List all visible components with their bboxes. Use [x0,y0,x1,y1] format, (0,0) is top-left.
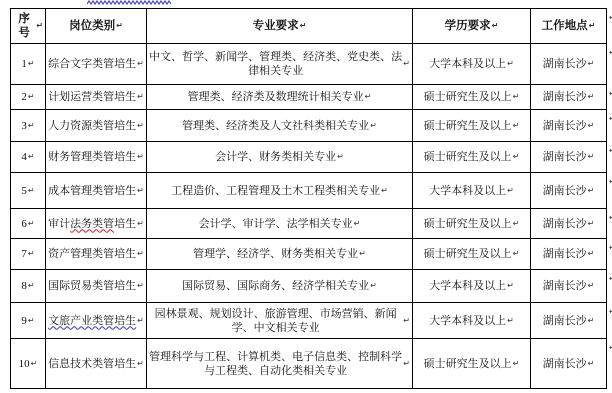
location-text: 湖南长沙 [543,247,587,261]
location-text: 湖南长沙 [543,150,587,164]
cell-location: 湖南长沙↵ [531,339,607,389]
no-text: 2 [21,90,27,104]
category-text: 成本管理类管培生 [48,184,136,198]
cell-major: 管理科学与工程、计算机类、电子信息类、控制科学与工程类、自动化类相关专业↵ [147,339,413,389]
cell-end-mark-icon: ↵ [507,281,514,291]
cell-end-mark-icon: ↵ [492,21,499,31]
cell-major: 管理类、经济类及人文社科类相关专业↵ [147,110,413,142]
row-end-mark-icon: ↵ [607,110,612,123]
category-segment: 培生 [114,218,136,230]
cell-category: 财务管理类管培生↵ [46,142,147,173]
major-text: 国际贸易、国际商务、经济学相关专业 [182,279,369,293]
cell-category: 资产管理类管培生↵ [46,239,147,270]
cell-end-mark-icon: ↵ [137,219,144,229]
category-text: 计划运营类管培生 [48,90,136,104]
cell-location: 湖南长沙↵ [531,239,607,270]
table-body: 1↵综合文字类管培生↵中文、哲学、新闻学、管理类、经济类、党史类、法律相关专业↵… [11,44,607,389]
cell-end-mark-icon: ↵ [31,359,38,369]
row-end-mark-icon: ↵ [607,173,612,186]
location-text: 湖南长沙 [543,314,587,328]
cell-end-mark-icon: ↵ [137,249,144,259]
cell-end-mark-icon: ↵ [507,59,514,69]
education-text: 大学本科及以上 [429,184,506,198]
cell-education: 硕士研究生及以上↵ [413,85,531,110]
header-cell-category: 岗位类别↵ [46,9,147,44]
wavy-underlined-text: 法务类管 [70,218,114,230]
major-text: 园林景观、规划设计、旅游管理、市场营销、新闻学、中文相关专业 [149,307,402,335]
category-text: 审计法务类管培生 [48,217,136,231]
cell-end-mark-icon: ↵ [137,152,144,162]
no-text: 6 [21,217,27,231]
cell-no: 8↵ [11,270,46,303]
cell-end-mark-icon: ↵ [28,186,35,196]
cell-end-mark-icon: ↵ [137,316,144,326]
cell-category: 人力资源类管培生↵ [46,110,147,142]
cell-end-mark-icon: ↵ [403,59,410,69]
row-end-mark-icon: ↵ [607,239,612,252]
no-text: 8 [21,279,27,293]
cell-end-mark-icon: ↵ [513,359,520,369]
category-text: 信息技术类管培生 [48,357,136,371]
category-segment: 国际贸易类管培生 [48,280,136,292]
cell-location: 湖南长沙↵ [531,173,607,209]
cell-end-mark-icon: ↵ [513,249,520,259]
cell-major: 管理学、经济学、财务类相关专业↵ [147,239,413,270]
cell-end-mark-icon: ↵ [137,359,144,369]
category-segment: 成本管理类管培生 [48,185,136,197]
cell-end-mark-icon: ↵ [588,219,595,229]
no-text: 9 [21,314,27,328]
major-text: 会计学、财务类相关专业 [215,150,336,164]
table-row: 5↵成本管理类管培生↵工程造价、工程管理及土木工程类相关专业↵大学本科及以上↵湖… [11,173,607,209]
cell-major: 园林景观、规划设计、旅游管理、市场营销、新闻学、中文相关专业↵ [147,303,413,339]
location-text: 湖南长沙 [543,57,587,71]
cell-end-mark-icon: ↵ [28,316,35,326]
header-label-category: 岗位类别 [69,19,115,33]
cell-end-mark-icon: ↵ [513,219,520,229]
cell-education: 硕士研究生及以上↵ [413,339,531,389]
cell-location: 湖南长沙↵ [531,110,607,142]
wavy-underlined-text: 文旅产业类管培生 [48,315,136,327]
cell-end-mark-icon: ↵ [588,186,595,196]
cell-end-mark-icon: ↵ [137,92,144,102]
document-page: { "colors": { "border": "#000000", "text… [0,0,612,393]
cell-end-mark-icon: ↵ [28,121,35,131]
cell-education: 硕士研究生及以上↵ [413,209,531,239]
header-label-education: 学历要求 [445,19,491,33]
cell-education: 大学本科及以上↵ [413,44,531,85]
row-end-mark-icon: ↵ [607,270,612,283]
cell-end-mark-icon: ↵ [370,281,377,291]
cell-location: 湖南长沙↵ [531,44,607,85]
header-cell-major: 专业要求↵ [147,9,413,44]
header-cell-no: 序号↵ [11,9,46,44]
cell-end-mark-icon: ↵ [381,186,388,196]
table-row: 9↵文旅产业类管培生↵园林景观、规划设计、旅游管理、市场营销、新闻学、中文相关专… [11,303,607,339]
cell-no: 5↵ [11,173,46,209]
cell-end-mark-icon: ↵ [513,92,520,102]
education-text: 大学本科及以上 [429,314,506,328]
cell-end-mark-icon: ↵ [588,281,595,291]
cell-major: 工程造价、工程管理及土木工程类相关专业↵ [147,173,413,209]
education-text: 大学本科及以上 [429,57,506,71]
cell-major: 会计学、财务类相关专业↵ [147,142,413,173]
education-text: 硕士研究生及以上 [424,119,512,133]
category-text: 综合文字类管培生 [48,57,136,71]
cell-end-mark-icon: ↵ [137,121,144,131]
category-segment: 资产管理类管培生 [48,248,136,260]
cell-end-mark-icon: ↵ [28,219,35,229]
category-segment: 人力资源类管培生 [48,120,136,132]
grammar-squiggle-icon [87,0,172,5]
location-text: 湖南长沙 [543,357,587,371]
table-row: 4↵财务管理类管培生↵会计学、财务类相关专业↵硕士研究生及以上↵湖南长沙↵↵ [11,142,607,173]
location-text: 湖南长沙 [543,119,587,133]
category-text: 文旅产业类管培生 [48,314,136,328]
education-text: 硕士研究生及以上 [424,357,512,371]
cell-category: 信息技术类管培生↵ [46,339,147,389]
cell-no: 2↵ [11,85,46,110]
cell-category: 文旅产业类管培生↵ [46,303,147,339]
education-text: 硕士研究生及以上 [424,150,512,164]
cell-no: 1↵ [11,44,46,85]
location-text: 湖南长沙 [543,184,587,198]
cell-category: 审计法务类管培生↵ [46,209,147,239]
table-row: 3↵人力资源类管培生↵管理类、经济类及人文社科类相关专业↵硕士研究生及以上↵湖南… [11,110,607,142]
education-text: 硕士研究生及以上 [424,217,512,231]
cell-education: 大学本科及以上↵ [413,173,531,209]
cell-education: 大学本科及以上↵ [413,303,531,339]
major-text: 管理学、经济学、财务类相关专业 [193,247,358,261]
cell-no: 6↵ [11,209,46,239]
education-text: 大学本科及以上 [429,279,506,293]
cell-end-mark-icon: ↵ [137,186,144,196]
cell-major: 中文、哲学、新闻学、管理类、经济类、党史类、法律相关专业↵ [147,44,413,85]
cell-end-mark-icon: ↵ [300,21,307,31]
category-segment: 财务管理类管培生 [48,151,136,163]
cell-no: 4↵ [11,142,46,173]
cell-end-mark-icon: ↵ [365,92,372,102]
cell-end-mark-icon: ↵ [28,59,35,69]
row-end-mark-icon: ↵ [607,9,612,22]
cell-end-mark-icon: ↵ [507,316,514,326]
cell-end-mark-icon: ↵ [116,21,123,31]
cell-end-mark-icon: ↵ [403,316,410,326]
cell-category: 国际贸易类管培生↵ [46,270,147,303]
header-cell-location: 工作地点↵ [531,9,607,44]
no-text: 5 [21,184,27,198]
row-end-mark-icon: ↵ [607,85,612,98]
cell-no: 10↵ [11,339,46,389]
cell-location: 湖南长沙↵ [531,85,607,110]
category-segment: 综合文字类管培生 [48,58,136,70]
no-text: 10 [19,357,30,371]
category-text: 人力资源类管培生 [48,119,136,133]
cell-end-mark-icon: ↵ [588,359,595,369]
row-end-mark-icon: ↵ [607,303,612,316]
no-text: 1 [21,57,27,71]
location-text: 湖南长沙 [543,90,587,104]
cell-end-mark-icon: ↵ [137,59,144,69]
major-text: 会计学、审计学、法学相关专业 [199,217,353,231]
table-row: 1↵综合文字类管培生↵中文、哲学、新闻学、管理类、经济类、党史类、法律相关专业↵… [11,44,607,85]
major-text: 管理类、经济类及数理统计相关专业 [188,90,364,104]
cell-end-mark-icon: ↵ [588,316,595,326]
cell-location: 湖南长沙↵ [531,303,607,339]
header-label-major: 专业要求 [253,19,299,33]
cell-location: 湖南长沙↵ [531,209,607,239]
cell-end-mark-icon: ↵ [337,152,344,162]
major-text: 工程造价、工程管理及土木工程类相关专业 [171,184,380,198]
cell-end-mark-icon: ↵ [588,249,595,259]
no-text: 4 [21,150,27,164]
row-end-mark-icon: ↵ [607,339,612,352]
cell-end-mark-icon: ↵ [513,121,520,131]
cell-education: 硕士研究生及以上↵ [413,239,531,270]
cell-end-mark-icon: ↵ [403,359,410,369]
table-row: 2↵计划运营类管培生↵管理类、经济类及数理统计相关专业↵硕士研究生及以上↵湖南长… [11,85,607,110]
category-segment: 审计 [48,218,70,230]
cell-location: 湖南长沙↵ [531,142,607,173]
cell-education: 硕士研究生及以上↵ [413,110,531,142]
cell-location: 湖南长沙↵ [531,270,607,303]
category-segment: 信息技术类管培生 [48,358,136,370]
cell-end-mark-icon: ↵ [507,186,514,196]
cell-end-mark-icon: ↵ [354,219,361,229]
major-text: 管理科学与工程、计算机类、电子信息类、控制科学与工程类、自动化类相关专业 [149,350,402,378]
row-end-mark-icon: ↵ [607,209,612,222]
cell-end-mark-icon: ↵ [359,249,366,259]
cell-no: 7↵ [11,239,46,270]
cell-end-mark-icon: ↵ [36,21,43,31]
education-text: 硕士研究生及以上 [424,247,512,261]
cell-end-mark-icon: ↵ [588,121,595,131]
recruitment-table: 序号↵ 岗位类别↵ 专业要求↵ 学历要求↵ 工作地点↵ ↵ 1↵综合文字类管培生… [10,8,607,389]
cell-end-mark-icon: ↵ [588,92,595,102]
cell-end-mark-icon: ↵ [28,152,35,162]
location-text: 湖南长沙 [543,279,587,293]
major-text: 中文、哲学、新闻学、管理类、经济类、党史类、法律相关专业 [149,50,402,78]
header-label-location: 工作地点 [542,19,588,33]
category-text: 国际贸易类管培生 [48,279,136,293]
education-text: 硕士研究生及以上 [424,90,512,104]
cell-end-mark-icon: ↵ [28,281,35,291]
table-row: 6↵审计法务类管培生↵会计学、审计学、法学相关专业↵硕士研究生及以上↵湖南长沙↵… [11,209,607,239]
cell-major: 国际贸易、国际商务、经济学相关专业↵ [147,270,413,303]
major-text: 管理类、经济类及人文社科类相关专业 [182,119,369,133]
table-row: 10↵信息技术类管培生↵管理科学与工程、计算机类、电子信息类、控制科学与工程类、… [11,339,607,389]
cell-no: 3↵ [11,110,46,142]
category-text: 资产管理类管培生 [48,247,136,261]
row-end-mark-icon: ↵ [607,44,612,57]
cell-category: 计划运营类管培生↵ [46,85,147,110]
cell-category: 综合文字类管培生↵ [46,44,147,85]
cell-end-mark-icon: ↵ [588,59,595,69]
no-text: 3 [21,119,27,133]
table-header-row: 序号↵ 岗位类别↵ 专业要求↵ 学历要求↵ 工作地点↵ ↵ [11,9,607,44]
header-label-no: 序号 [13,12,35,40]
cell-education: 硕士研究生及以上↵ [413,142,531,173]
category-text: 财务管理类管培生 [48,150,136,164]
row-end-mark-icon: ↵ [607,142,612,155]
location-text: 湖南长沙 [543,217,587,231]
cell-major: 管理类、经济类及数理统计相关专业↵ [147,85,413,110]
table-row: 7↵资产管理类管培生↵管理学、经济学、财务类相关专业↵硕士研究生及以上↵湖南长沙… [11,239,607,270]
category-segment: 计划运营类管培生 [48,91,136,103]
cell-end-mark-icon: ↵ [589,21,596,31]
cell-end-mark-icon: ↵ [28,92,35,102]
no-text: 7 [21,247,27,261]
cell-category: 成本管理类管培生↵ [46,173,147,209]
cell-education: 大学本科及以上↵ [413,270,531,303]
cell-major: 会计学、审计学、法学相关专业↵ [147,209,413,239]
header-cell-education: 学历要求↵ [413,9,531,44]
cell-end-mark-icon: ↵ [588,152,595,162]
cell-no: 9↵ [11,303,46,339]
cell-end-mark-icon: ↵ [28,249,35,259]
cell-end-mark-icon: ↵ [370,121,377,131]
cell-end-mark-icon: ↵ [137,281,144,291]
cell-end-mark-icon: ↵ [513,152,520,162]
table-row: 8↵国际贸易类管培生↵国际贸易、国际商务、经济学相关专业↵大学本科及以上↵湖南长… [11,270,607,303]
